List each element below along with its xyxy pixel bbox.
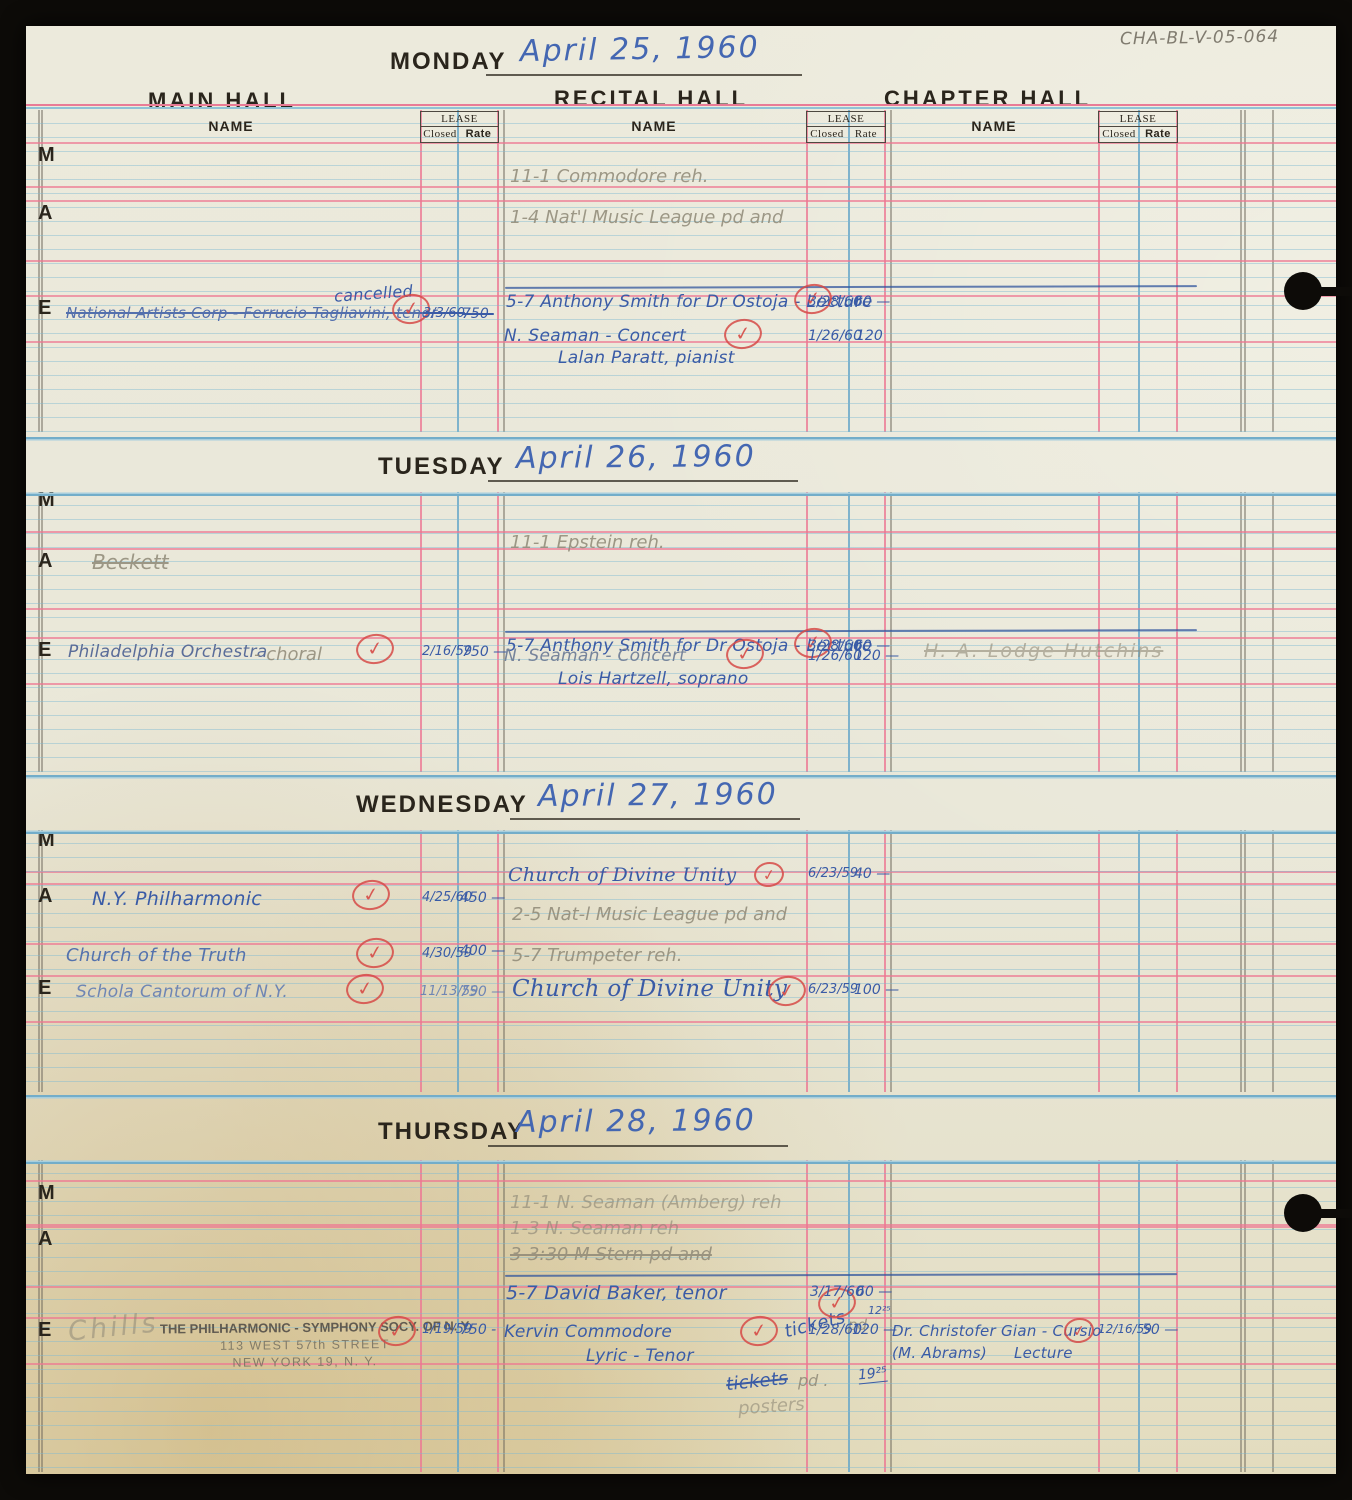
entry-wed-recital-mid: 5-7 Trumpeter reh. bbox=[512, 945, 682, 966]
ruled-line bbox=[26, 110, 1336, 432]
row-label-e: E bbox=[38, 977, 51, 1000]
entry-thu-chapter-e-sub2: Lecture bbox=[1014, 1344, 1073, 1362]
entry-mon-recital-evening-sub: Lalan Paratt, pianist bbox=[558, 348, 735, 368]
hall-title-main: MAIN HALL bbox=[148, 88, 296, 114]
entry-thu-recital-m2: 1-3 N. Seaman reh bbox=[510, 1218, 679, 1239]
check-glyph: ✓ bbox=[736, 642, 755, 666]
lease-rate: 50 — bbox=[1142, 1322, 1178, 1338]
entry-tue-recital-evening-sub: Lois Hartzell, soprano bbox=[558, 669, 749, 689]
check-glyph: ✓ bbox=[362, 883, 381, 907]
check-glyph: ✓ bbox=[366, 941, 385, 965]
lease-rate: 40 — bbox=[854, 866, 890, 882]
row-label-m: M bbox=[38, 1182, 55, 1205]
rate-label: Rate bbox=[459, 128, 498, 140]
lease-closed: 6/23/59 bbox=[808, 866, 858, 881]
entry-thu-recital-e-sub: Lyric - Tenor bbox=[586, 1346, 694, 1366]
lease-rate: 120 bbox=[856, 328, 883, 344]
lease-box-chapter: LEASE Closed Rate bbox=[1098, 111, 1178, 143]
lease-rate: 750 - bbox=[460, 1322, 496, 1338]
entry-wed-main-e: Schola Cantorum of N.Y. bbox=[76, 982, 288, 1002]
lease-closed: 6/23/59 bbox=[808, 982, 858, 997]
lease-rate: 60 — bbox=[856, 1284, 892, 1300]
col-name-recital: NAME bbox=[609, 118, 699, 134]
entry-mon-recital-evening: N. Seaman - Concert bbox=[504, 326, 686, 346]
day-date-tuesday: April 26, 1960 bbox=[516, 439, 756, 476]
entry-tue-main-evening: Philadelphia Orchestra bbox=[68, 642, 267, 662]
check-glyph: ✓ bbox=[778, 979, 797, 1003]
entry-wed-recital-a: 2-5 Nat-l Music League pd and bbox=[512, 904, 787, 925]
check-glyph: ✓ bbox=[356, 977, 375, 1001]
entry-thu-recital-m1: 11-1 N. Seaman (Amberg) reh bbox=[510, 1192, 782, 1213]
lease-label: LEASE bbox=[421, 113, 498, 125]
lease-box-recital: LEASE Closed Rate bbox=[806, 111, 886, 143]
entry-mon-recital-afternoon: 1-4 Nat'l Music League pd and bbox=[510, 207, 783, 228]
rate-label: Rate bbox=[847, 128, 885, 140]
entry-thu-recital-m3: 3-3:30 M Stern pd and bbox=[510, 1244, 712, 1265]
lease-rate: 750 — bbox=[460, 984, 505, 1000]
row-label-a: A bbox=[38, 202, 52, 225]
lease-divider bbox=[421, 126, 498, 127]
entry-tue-recital-morning: 11-1 Epstein reh. bbox=[510, 532, 665, 553]
closed-label: Closed bbox=[421, 128, 459, 140]
day-date-monday: April 25, 1960 bbox=[520, 30, 760, 69]
day-title-thursday: THURSDAY bbox=[378, 1118, 525, 1146]
entry-thu-recital-e: Kervin Commodore bbox=[504, 1322, 672, 1342]
entry-tue-main-evening-note: - choral bbox=[254, 644, 322, 665]
check-glyph: ✓ bbox=[762, 865, 777, 885]
check-glyph: ✓ bbox=[388, 1319, 407, 1343]
lease-divider bbox=[1099, 126, 1177, 127]
entry-thu-recital-late: 5-7 David Baker, tenor bbox=[506, 1282, 727, 1304]
closed-label: Closed bbox=[807, 128, 847, 140]
header-rule-pink bbox=[26, 104, 1336, 106]
day-title-tuesday: TUESDAY bbox=[378, 453, 504, 481]
day-date-wednesday: April 27, 1960 bbox=[538, 777, 778, 814]
closed-label: Closed bbox=[1099, 128, 1139, 140]
lease-rate: 120 — bbox=[852, 1322, 897, 1338]
row-label-a: A bbox=[38, 1228, 52, 1251]
ledger-page: CHA-BL-V-05-064 MONDAY April 25, 1960 MA… bbox=[0, 0, 1352, 1500]
lease-rate: 120 — bbox=[854, 648, 899, 664]
entry-wed-main-mid: Church of the Truth bbox=[66, 945, 247, 966]
lease-rate: 400 — bbox=[460, 943, 505, 959]
check-glyph: ✓ bbox=[366, 637, 385, 661]
col-name-chapter: NAME bbox=[949, 118, 1039, 134]
check-glyph: ✓ bbox=[750, 1319, 769, 1343]
col-name-main: NAME bbox=[186, 118, 276, 134]
lease-rate: 750 — bbox=[462, 644, 507, 660]
day-title-wednesday: WEDNESDAY bbox=[356, 791, 528, 819]
entry-wed-recital-e: Church of Divine Unity bbox=[512, 976, 787, 1002]
lease-rate: 450 — bbox=[460, 890, 505, 906]
lease-label: LEASE bbox=[1099, 113, 1177, 125]
ledger-paper: CHA-BL-V-05-064 MONDAY April 25, 1960 MA… bbox=[26, 26, 1336, 1474]
row-label-e: E bbox=[38, 297, 51, 320]
check-glyph: ✓ bbox=[402, 297, 421, 321]
date-underline bbox=[488, 1145, 788, 1147]
lease-divider bbox=[807, 126, 885, 127]
entry-tue-main-afternoon: Beckett bbox=[92, 550, 169, 574]
entry-tue-chapter-evening: H. A. Lodge Hutchins bbox=[924, 640, 1163, 662]
lease-closed: 1/26/60 bbox=[808, 328, 862, 344]
row-label-m: M bbox=[38, 144, 55, 167]
entry-mon-recital-morning: 11-1 Commodore reh. bbox=[510, 166, 708, 187]
entry-thu-chapter-e-sub1: (M. Abrams) bbox=[892, 1344, 987, 1362]
day-date-thursday: April 28, 1960 bbox=[516, 1103, 756, 1140]
row-label-e: E bbox=[38, 1319, 51, 1342]
pd-note: pd . bbox=[798, 1371, 828, 1390]
lease-rate-sub: 19²⁵ bbox=[857, 1365, 888, 1385]
day-title-monday: MONDAY bbox=[390, 48, 506, 76]
date-underline bbox=[510, 818, 800, 820]
date-underline bbox=[486, 74, 802, 76]
lease-label: LEASE bbox=[807, 113, 885, 125]
row-label-a: A bbox=[38, 550, 52, 573]
header-rule-blue bbox=[26, 107, 1336, 109]
row-label-a: A bbox=[38, 885, 52, 908]
lease-rate: 750- bbox=[462, 306, 494, 322]
lease-rate: 60 — bbox=[854, 294, 890, 310]
entry-tue-recital-evening: N. Seaman - Concert bbox=[504, 646, 686, 666]
entry-wed-recital-m: Church of Divine Unity bbox=[508, 864, 736, 886]
punch-notch bbox=[1300, 287, 1352, 296]
punch-notch bbox=[1300, 1209, 1352, 1218]
check-glyph: ✓ bbox=[1072, 1321, 1087, 1341]
lease-closed: 3/3/60 bbox=[423, 306, 465, 321]
entry-mon-main-evening: National Artists Corp - Ferrucio Tagliav… bbox=[66, 304, 437, 322]
lease-rate-sub: 12²⁵ bbox=[868, 1304, 891, 1317]
rate-label: Rate bbox=[1139, 128, 1177, 140]
row-label-e: E bbox=[38, 639, 51, 662]
check-glyph: ✓ bbox=[734, 322, 753, 346]
entry-wed-main-a: N.Y. Philharmonic bbox=[92, 888, 262, 910]
lease-rate: 100 — bbox=[854, 982, 899, 998]
lease-box-main: LEASE Closed Rate bbox=[420, 111, 499, 143]
date-underline bbox=[488, 480, 798, 482]
archive-code: CHA-BL-V-05-064 bbox=[1120, 27, 1280, 50]
